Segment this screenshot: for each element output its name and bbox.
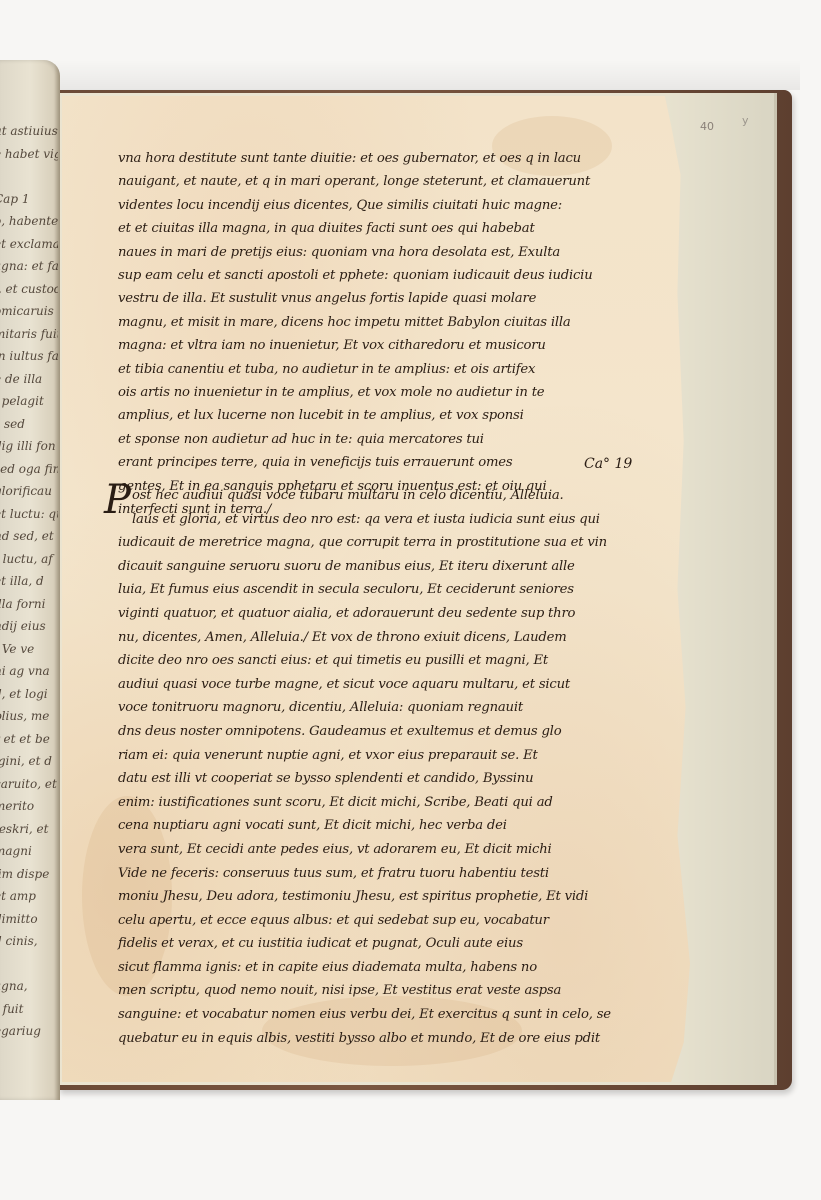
text-line: agna, xyxy=(0,975,58,998)
text-line: illa forni xyxy=(0,593,58,616)
text-line: et illa, d xyxy=(0,570,58,593)
text-line: i, et custodia xyxy=(0,278,58,301)
manuscript-text-section-2: ost hec audiui quasi voce tubaru multaru… xyxy=(118,484,718,1050)
text-line: dicauit sanguine seruoru suoru de manibu… xyxy=(118,555,718,579)
text-line: o, habentes xyxy=(0,210,58,233)
text-line: t fuit xyxy=(0,998,58,1021)
text-line: et amp xyxy=(0,885,58,908)
text-line: celu apertu, et ecce equus albus: et qui… xyxy=(118,909,718,933)
text-line: amplius, et lux lucerne non lucebit in t… xyxy=(118,404,718,427)
text-line: datu est illi vt cooperiat se bysso sple… xyxy=(118,767,718,791)
text-line: dicite deo nro oes sancti eius: et qui t… xyxy=(118,649,718,673)
text-line: nu, dicentes, Amen, Alleluia./ Et vox de… xyxy=(118,626,718,650)
text-line: dimitto xyxy=(0,908,58,931)
text-line: vna hora destitute sunt tante diuitie: e… xyxy=(118,147,718,170)
text-line: magnu, et misit in mare, dicens hoc impe… xyxy=(118,311,718,334)
text-line: sanguine: et vocabatur nomen eius verbu … xyxy=(118,1003,718,1027)
text-line: in iultus fact xyxy=(0,345,58,368)
text-line: videntes locu incendij eius dicentes, Qu… xyxy=(118,194,718,217)
text-line: naues in mari de pretijs eius: quoniam v… xyxy=(118,241,718,264)
text-line: nauigant, et naute, et q in mari operant… xyxy=(118,170,718,193)
text-line: glorificau xyxy=(0,480,58,503)
text-line: vestru de illa. Et sustulit vnus angelus… xyxy=(118,287,718,310)
text-line: Vide ne feceris: conseruus tuus sum, et … xyxy=(118,862,718,886)
facing-page-left: ut astiuius bee habet vign Cap 1o, haben… xyxy=(0,60,60,1100)
text-line: magna: et vltra iam no inuenietur, Et vo… xyxy=(118,334,718,357)
folio-mark: y xyxy=(742,114,749,127)
text-line: voce tonitruoru magnoru, dicentiu, Allel… xyxy=(118,696,718,720)
text-line: moniu Jhesu, Deu adora, testimoniu Jhesu… xyxy=(118,885,718,909)
text-line: et et ciuitas illa magna, in qua diuites… xyxy=(118,217,718,240)
text-line: et luctu: qu xyxy=(0,503,58,526)
text-line: nd sed, et lu xyxy=(0,525,58,548)
text-line: men scriptu, quod nemo nouit, nisi ipse,… xyxy=(118,979,718,1003)
text-line: mitaris fuit, xyxy=(0,323,58,346)
facing-page-text: ut astiuius bee habet vign Cap 1o, haben… xyxy=(0,120,58,1043)
text-line: sicut flamma ignis: et in capite eius di… xyxy=(118,956,718,980)
text-line: riam ei: quia venerunt nuptie agni, et v… xyxy=(118,744,718,768)
text-line: e de illa xyxy=(0,368,58,391)
text-line: teskri, et xyxy=(0,818,58,841)
text-line: / Ve ve xyxy=(0,638,58,661)
text-line: ost hec audiui quasi voce tubaru multaru… xyxy=(118,484,718,508)
text-line: et tibia canentiu et tuba, no audietur i… xyxy=(118,358,718,381)
text-line: audiui quasi voce turbe magne, et sicut … xyxy=(118,673,718,697)
text-line xyxy=(0,953,58,976)
text-line: fidelis et verax, et cu iustitia iudicat… xyxy=(118,932,718,956)
text-line: omicaruis en xyxy=(0,300,58,323)
text-line: viginti quatuor, et quatuor aialia, et a… xyxy=(118,602,718,626)
text-line: l pelagit xyxy=(0,390,58,413)
text-line: ois artis no inuenietur in te amplius, e… xyxy=(118,381,718,404)
folio-number: 40 xyxy=(700,120,714,133)
photograph-scene: ut astiuius bee habet vign Cap 1o, haben… xyxy=(0,0,821,1200)
text-line: cena nuptiaru agni vocati sunt, Et dicit… xyxy=(118,814,718,838)
text-line: egariug xyxy=(0,1020,58,1043)
text-line: et sponse non audietur ad huc in te: qui… xyxy=(118,428,718,451)
text-line: vera sunt, Et cecidi ante pedes eius, vt… xyxy=(118,838,718,862)
text-line: d, et logi xyxy=(0,683,58,706)
text-line: dns deus noster omnipotens. Gaudeamus et… xyxy=(118,720,718,744)
text-line: e habet vign xyxy=(0,143,58,166)
chapter-heading: Ca° 19 xyxy=(584,456,632,472)
text-line: s sed xyxy=(0,413,58,436)
text-line: ut astiuius be xyxy=(0,120,58,143)
text-line: ndij eius xyxy=(0,615,58,638)
text-line: t luctu, af xyxy=(0,548,58,571)
text-line: plius, me xyxy=(0,705,58,728)
text-line: r et et be xyxy=(0,728,58,751)
text-line: dig illi fon xyxy=(0,435,58,458)
text-line: caruito, et xyxy=(0,773,58,796)
text-line: et exclamaui xyxy=(0,233,58,256)
text-line: ni ag vna xyxy=(0,660,58,683)
text-line: d cinis, xyxy=(0,930,58,953)
text-line: enim: iustificationes sunt scoru, Et dic… xyxy=(118,791,718,815)
text-line: sup eam celu et sancti apostoli et pphet… xyxy=(118,264,718,287)
text-line: iudicauit de meretrice magna, que corrup… xyxy=(118,531,718,555)
text-line: agna: et fac xyxy=(0,255,58,278)
text-line: quebatur eu in equis albis, vestiti byss… xyxy=(118,1027,718,1051)
text-line: merito xyxy=(0,795,58,818)
text-line xyxy=(0,165,58,188)
text-line: laus et gloria, et virtus deo nro est: q… xyxy=(118,508,718,532)
text-line: igini, et d xyxy=(0,750,58,773)
text-line: Cap 1 xyxy=(0,188,58,211)
text-line: sed oga fin xyxy=(0,458,58,481)
text-line: magni xyxy=(0,840,58,863)
text-line: luia, Et fumus eius ascendit in secula s… xyxy=(118,578,718,602)
text-line: lim dispe xyxy=(0,863,58,886)
top-shadow xyxy=(40,60,800,90)
